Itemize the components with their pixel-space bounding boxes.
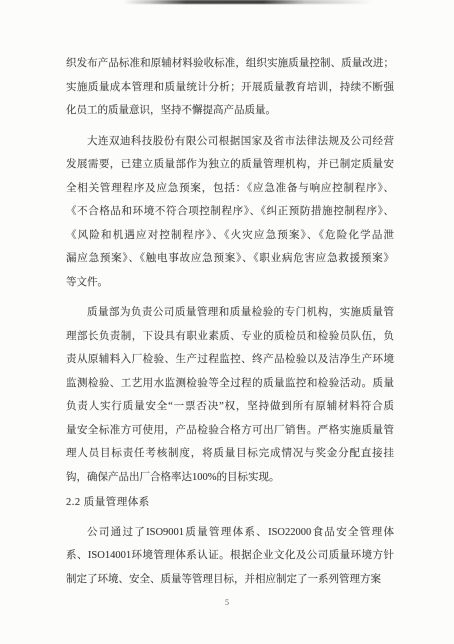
text-line: 理人员目标责任考核制度，将质量目标完成情况与奖金分配直接挂 [66, 442, 394, 466]
text-line: 负责人实行质量安全“一票否决”权，坚持做到所有原辅材料符合质 [66, 395, 394, 419]
text-line: 发展需要，已建立质量部作为独立的质量管理机构，并已制定质量安 [66, 153, 394, 177]
scan-edge-artifact [0, 0, 454, 4]
text-line: 监测检验、工艺用水监测检验等全过程的质量监控和检验活动。质量 [66, 372, 394, 396]
text-line: 责从原辅料入厂检验、生产过程监控、终产品检验以及洁净生产环境 [66, 348, 394, 372]
text-line: 化员工的质量意识，坚持不懈提高产品质量。 [66, 99, 394, 123]
text-line: 《风险和机遇应对控制程序》、《火灾应急预案》、《危险化学品泄 [66, 224, 394, 248]
text-line: 质量部为负责公司质量管理和质量检验的专门机构，实施质量管 [66, 301, 394, 325]
text-line: 理部长负责制，下设具有职业素质、专业的质检员和检验员队伍，负 [66, 325, 394, 349]
text-line: 等文件。 [66, 271, 394, 295]
text-line: 钩，确保产品出厂合格率达100%的目标实现。 [66, 466, 394, 490]
text-line: 大连双迪科技股份有限公司根据国家及省市法律法规及公司经营 [66, 130, 394, 154]
section-heading-2-2: 2.2 质量管理体系 [66, 491, 394, 515]
paragraph-quality-inspection: 质量部为负责公司质量管理和质量检验的专门机构，实施质量管 理部长负责制，下设具有… [66, 301, 394, 489]
text-line: 全相关管理程序及应急预案，包括：《应急准备与响应控制程序》、 [66, 177, 394, 201]
text-line: 实施质量成本管理和质量统计分析；开展质量教育培训，持续不断强 [66, 76, 394, 100]
text-line: 量安全标准方可使用，产品检验合格方可出厂销售。严格实施质量管 [66, 419, 394, 443]
paragraph-iso-certification: 公司通过了ISO9001质量管理体系、ISO22000食品安全管理体 系、ISO… [66, 521, 394, 592]
text-line: 公司通过了ISO9001质量管理体系、ISO22000食品安全管理体 [66, 521, 394, 545]
text-line: 《不合格品和环境不符合项控制程序》、《纠正预防措施控制程序》、 [66, 200, 394, 224]
paragraph-quality-duties: 织发布产品标准和原辅材料验收标准，组织实施质量控制、质量改进； 实施质量成本管理… [66, 52, 394, 123]
text-line: 系、ISO14001环境管理体系认证。根据企业文化及公司质量环境方针 [66, 544, 394, 568]
document-page: 织发布产品标准和原辅材料验收标准，组织实施质量控制、质量改进； 实施质量成本管理… [0, 0, 454, 644]
document-text-block: 织发布产品标准和原辅材料验收标准，组织实施质量控制、质量改进； 实施质量成本管理… [66, 52, 394, 591]
paragraph-quality-department: 大连双迪科技股份有限公司根据国家及省市法律法规及公司经营 发展需要，已建立质量部… [66, 130, 394, 295]
page-number: 5 [210, 598, 244, 607]
text-line: 漏应急预案》、《触电事故应急预案》、《职业病危害应急救援预案》 [66, 247, 394, 271]
text-line: 织发布产品标准和原辅材料验收标准，组织实施质量控制、质量改进； [66, 52, 394, 76]
text-line: 制定了环境、安全、质量等管理目标，并相应制定了一系列管理方案 [66, 568, 394, 592]
